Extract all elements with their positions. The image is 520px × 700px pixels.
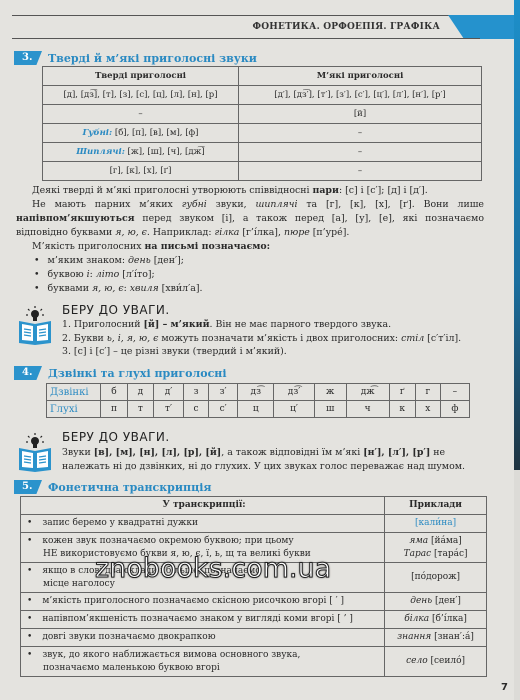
consonant-cell: з <box>184 384 209 401</box>
hard-cell: [г], [к], [х], [ґ] <box>43 162 239 181</box>
column-header: Тверді приголосні <box>43 67 239 86</box>
table-row: [д], [дз͡], [т], [з], [с], [ц], [л], [н]… <box>43 86 482 105</box>
table-header-row: У транскрипції: Приклади <box>21 497 487 515</box>
voiceless-row: Глухі птт′сс′цц′шчкхф <box>47 401 470 418</box>
rule-cell: •напівпом’якшеність позначаємо знаком у … <box>21 611 385 629</box>
soft-cell: – <box>239 143 482 162</box>
bullet: • <box>27 518 32 528</box>
header-rule-top <box>12 15 514 16</box>
example-cell: знання [знан′:а́] <box>385 629 487 647</box>
rule-line: •запис беремо у квадратні дужки <box>27 517 381 530</box>
row-label: Шиплячі: <box>76 147 125 157</box>
consonant-cell: ц <box>238 401 274 418</box>
bullet: • <box>27 566 32 576</box>
row-label: Губні: <box>83 128 113 138</box>
hard-soft-consonants-table: Тверді приголосні М’які приголосні [д], … <box>42 66 482 181</box>
header-rule-bottom <box>12 38 480 39</box>
section-3-heading: 3. Тверді й м’які приголосні звуки <box>14 51 257 65</box>
consonant-cell: к <box>389 401 415 418</box>
hard-cell: [д], [дз͡], [т], [з], [с], [ц], [л], [н]… <box>43 86 239 105</box>
table-row: •м’якість приголосного позначаємо скісно… <box>21 593 487 611</box>
book-lightbulb-icon <box>16 305 54 345</box>
column-header: У транскрипції: <box>21 497 385 515</box>
table-row: •звук, до якого наближається вимова осно… <box>21 647 487 677</box>
consonant-cell: дз͡′ <box>274 384 314 401</box>
voiced-voiceless-table: Дзвінкі бдд′зз′дз͡дз͡′ждж͡ґг– Глухі птт′… <box>46 383 470 418</box>
example-cell: яма [йа́ма]Тарас [тара́с] <box>385 533 487 563</box>
consonant-cell: дж͡ <box>346 384 389 401</box>
consonant-cell: дз͡ <box>238 384 274 401</box>
bullet: • <box>27 614 32 624</box>
paragraph: Не мають парних м’яких губні звуки, шипл… <box>16 198 484 240</box>
hard-cell: – <box>43 105 239 124</box>
transcription-table: У транскрипції: Приклади •запис беремо у… <box>20 496 487 677</box>
example-cell: [по́дорож] <box>385 563 487 593</box>
soft-cell: – <box>239 162 482 181</box>
consonant-cell: с′ <box>209 401 238 418</box>
section-3-text: Деякі тверді й м’які приголосні утворюют… <box>16 184 484 296</box>
consonant-cell: ф <box>440 401 469 418</box>
voiced-row: Дзвінкі бдд′зз′дз͡дз͡′ждж͡ґг– <box>47 384 470 401</box>
page-edge-stripe <box>514 0 520 470</box>
table-row: [г], [к], [х], [ґ] – <box>43 162 482 181</box>
bullet-list: м’яким знаком: день [ден′]; буквою і: лі… <box>34 254 484 296</box>
row-label: Дзвінкі <box>47 384 101 401</box>
hard-values: [б], [п], [в], [м], [ф] <box>112 128 198 138</box>
rule-line: •довгі звуки позначаємо двокрапкою <box>27 631 381 644</box>
rule-line: •звук, до якого наближається вимова осно… <box>27 649 381 662</box>
list-item: м’яким знаком: день [ден′]; <box>34 254 484 268</box>
running-header: ФОНЕТИКА. ОРФОЕПІЯ. ГРАФІКА <box>253 22 440 32</box>
book-lightbulb-icon <box>16 432 54 472</box>
consonant-cell: д <box>127 384 153 401</box>
consonant-cell: т <box>127 401 153 418</box>
section-number-badge: 5. <box>14 480 42 494</box>
rule-line: позначаємо маленькою буквою вгорі <box>27 662 381 675</box>
page-edge <box>514 470 520 700</box>
bullet: • <box>27 536 32 546</box>
rule-cell: •м’якість приголосного позначаємо скісно… <box>21 593 385 611</box>
example: село [сеилó] <box>388 655 483 668</box>
consonant-cell: б <box>101 384 128 401</box>
consonant-cell: п <box>101 401 128 418</box>
consonant-cell: ґ <box>389 384 415 401</box>
consonant-cell: х <box>415 401 440 418</box>
table-row: •довгі звуки позначаємо двокрапкоюзнання… <box>21 629 487 647</box>
section-number-badge: 3. <box>14 51 42 65</box>
table-row: Губні: [б], [п], [в], [м], [ф] – <box>43 124 482 143</box>
example: [кали́на] <box>388 517 483 530</box>
paragraph: Деякі тверді й м’які приголосні утворюют… <box>16 184 484 198</box>
rule-cell: •звук, до якого наближається вимова осно… <box>21 647 385 677</box>
note-body: Звуки [в], [м], [н], [л], [р], [й], а та… <box>62 446 482 473</box>
example-cell: день [ден′] <box>385 593 487 611</box>
consonant-cell: г <box>415 384 440 401</box>
note-item: 3. [с] і [с′] – це різні звуки (твердий … <box>62 345 482 359</box>
soft-cell: [д′], [дз͡′], [т′], [з′], [с′], [ц′], [л… <box>239 86 482 105</box>
consonant-cell: т′ <box>153 401 183 418</box>
bullet: • <box>27 596 32 606</box>
section-4-heading: 4. Дзвінкі та глухі приголосні <box>14 366 227 380</box>
consonant-cell: ш <box>314 401 346 418</box>
consonant-cell: ж <box>314 384 346 401</box>
page-number: 7 <box>501 682 508 693</box>
note-body: 1. Приголосний [й] – м’який. Він не має … <box>62 318 482 359</box>
table-row: – [й] <box>43 105 482 124</box>
hard-cell: Шиплячі: [ж], [ш], [ч], [дж͡] <box>43 143 239 162</box>
hard-values: [ж], [ш], [ч], [дж͡] <box>125 147 205 157</box>
example: [по́дорож] <box>388 571 483 584</box>
hard-cell: Губні: [б], [п], [в], [м], [ф] <box>43 124 239 143</box>
rule-cell: •запис беремо у квадратні дужки <box>21 515 385 533</box>
column-header: М’які приголосні <box>239 67 482 86</box>
section-5-heading: 5. Фонетична транскрипція <box>14 480 212 494</box>
soft-cell: – <box>239 124 482 143</box>
example-cell: білка [б’і́лка] <box>385 611 487 629</box>
note-heading: БЕРУ ДО УВАГИ. <box>62 430 170 444</box>
note-heading: БЕРУ ДО УВАГИ. <box>62 303 170 317</box>
example-cell: [кали́на] <box>385 515 487 533</box>
table-row: •запис беремо у квадратні дужки[кали́на] <box>21 515 487 533</box>
table-row: Шиплячі: [ж], [ш], [ч], [дж͡] – <box>43 143 482 162</box>
bullet: • <box>27 650 32 660</box>
header-tab-decoration <box>434 15 514 39</box>
example: знання [знан′:а́] <box>388 631 483 644</box>
consonant-cell: ц′ <box>274 401 314 418</box>
consonant-cell: д′ <box>153 384 183 401</box>
table-header-row: Тверді приголосні М’які приголосні <box>43 67 482 86</box>
rule-line: •м’якість приголосного позначаємо скісно… <box>27 595 381 608</box>
example: яма [йа́ма] <box>388 535 483 548</box>
consonant-cell: ч <box>346 401 389 418</box>
example: білка [б’і́лка] <box>388 613 483 626</box>
watermark: znobooks.com.ua <box>95 553 331 584</box>
consonant-cell: с <box>184 401 209 418</box>
section-title: Дзвінкі та глухі приголосні <box>48 367 227 380</box>
bullet: • <box>27 632 32 642</box>
paragraph: М’якість приголосних на письмі позначаєм… <box>16 240 484 254</box>
consonant-cell: з′ <box>209 384 238 401</box>
soft-cell: [й] <box>239 105 482 124</box>
example: Тарас [тара́с] <box>388 548 483 561</box>
consonant-cell: – <box>440 384 469 401</box>
note-item: 1. Приголосний [й] – м’який. Він не має … <box>62 318 482 332</box>
example: день [ден′] <box>388 595 483 608</box>
example-cell: село [сеилó] <box>385 647 487 677</box>
rule-line: •кожен звук позначаємо окремою буквою; п… <box>27 535 381 548</box>
column-header: Приклади <box>385 497 487 515</box>
note-item: 2. Букви ь, і, я, ю, є можуть позначати … <box>62 332 482 346</box>
rule-cell: •довгі звуки позначаємо двокрапкою <box>21 629 385 647</box>
section-title: Тверді й м’які приголосні звуки <box>48 52 257 65</box>
table-row: •напівпом’якшеність позначаємо знаком у … <box>21 611 487 629</box>
row-label: Глухі <box>47 401 101 418</box>
section-number-badge: 4. <box>14 366 42 380</box>
section-title: Фонетична транскрипція <box>48 481 212 494</box>
list-item: буквою і: літо [л′і́то]; <box>34 268 484 282</box>
list-item: буквами я, ю, є: хвиля [хви́л′а]. <box>34 282 484 296</box>
rule-line: •напівпом’якшеність позначаємо знаком у … <box>27 613 381 626</box>
